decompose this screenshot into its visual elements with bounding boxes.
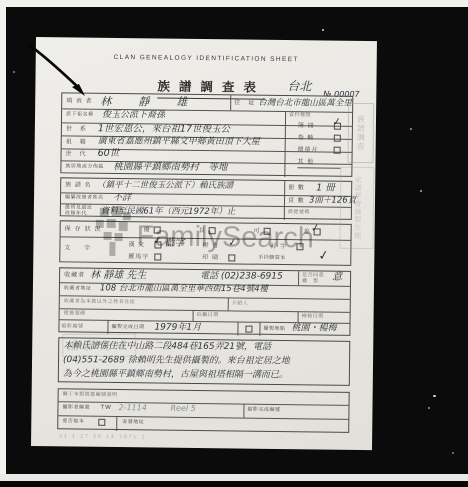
material-option: 微捲片 <box>298 147 319 153</box>
grid-line <box>193 310 194 321</box>
filming-place-value: 桃園・楊梅 <box>291 324 336 333</box>
grid-line <box>284 111 286 177</box>
dust-speck <box>452 452 454 454</box>
generation-line-value: 1世宏恩公，來台祖17世俊玉公 <box>98 124 230 134</box>
field-label: 世 系 <box>66 126 87 132</box>
checkmark: ✓ <box>153 236 163 247</box>
grid-line <box>259 322 260 336</box>
archive-stamp-bottom: 家譜學會攝製存檔 <box>339 167 374 249</box>
reel-number-pencil: Reel 5 <box>170 405 195 413</box>
checkbox-microfilm <box>334 147 341 154</box>
field-label: 族居地或分佈區 <box>65 164 104 169</box>
script-option: 拼 音 <box>202 243 219 249</box>
field-label: 攝 製 <box>302 279 319 284</box>
field-label: 縮影完成編號 <box>247 408 280 413</box>
dust-speck <box>322 29 324 31</box>
remarks-line: (04)551-2689 徐賴明先生提供攝製的。來台祖定居之地 <box>63 356 290 366</box>
field-label: 住 址 <box>234 100 255 106</box>
holder-table: 收藏者 林 靜雄 先生 電話 (02)238-6915 是否同意 攝 製 意 收… <box>58 267 351 336</box>
dust-speck <box>428 407 430 409</box>
checkbox-roman <box>154 253 161 260</box>
material-option-other: 其 他 <box>297 159 340 169</box>
material-type-label: 資料種類 <box>289 113 311 118</box>
script-option: 打 字 <box>270 244 287 250</box>
script-note-handwriting: 藍字 <box>164 239 184 249</box>
grid-line <box>107 320 108 334</box>
checkbox-copy <box>98 419 105 426</box>
field-label: 縮影編號 <box>61 324 83 329</box>
compiler-value: 不詳 <box>113 194 131 203</box>
filming-date-value: 1979年1月 <box>154 324 201 333</box>
ancestor-line-value: 俊玉公派下裔孫 <box>102 111 165 120</box>
footer-table: 關于本類微捲編號說明 攝影者編號 TW 2-1114 Reel 5 縮影完成編號… <box>57 388 349 433</box>
field-label: 頁 數 <box>288 198 305 204</box>
condition-option: 可 <box>254 229 261 235</box>
grid-line <box>237 321 238 335</box>
archive-stamp-top: 族譜調查 <box>347 103 374 163</box>
identity-table: 填 表 者 林 靜 雄 住 址 台灣台北市龍山區萬全里 派下祖名稱 俊玉公派下裔… <box>60 92 353 177</box>
condition-option: 差 <box>304 229 311 235</box>
grid-line <box>61 192 351 197</box>
dust-speck <box>420 190 422 192</box>
photographer-number-pencil: 2-1114 <box>118 404 146 412</box>
condition-table: 保存狀況 優 良 可 差 ✓ 文 字 漢 文 ✓ 藍字 拼 音 ✓ 打 字 羅馬… <box>59 220 351 266</box>
grid-line <box>228 297 229 310</box>
field-label: 族 譜 名 <box>65 182 91 188</box>
checkbox-scroll <box>334 135 341 142</box>
checkbox-fair <box>264 228 271 235</box>
checkmark: ✓ <box>310 222 321 234</box>
microfilm-stamp: 縮影完成 <box>62 334 136 357</box>
field-label: 收藏者為本族以外之姓名住址 <box>64 299 136 305</box>
film-frame-edge <box>0 481 468 487</box>
pencil-notation: 21 1 27 56 14 7071 1 <box>59 433 146 440</box>
field-label: 收藏者地址 <box>64 286 92 291</box>
script-option: 手抄謄寫本 <box>258 256 286 261</box>
field-label: 拍攝日期 <box>197 313 219 318</box>
arrow-annotation <box>22 40 102 110</box>
field-label: 祖 籍 <box>66 139 87 145</box>
script-option: 印 刷 <box>202 255 219 261</box>
grid-line <box>284 181 285 220</box>
consent-value: 意 <box>332 273 342 283</box>
checkbox-typed <box>296 243 303 250</box>
footer-note: 關于本類微捲編號說明 <box>63 392 118 398</box>
holder-address-value: 108 台北市龍山區萬全里華西街15巷4號4樓 <box>100 284 268 293</box>
field-label: 攝製完成日期 <box>111 325 144 330</box>
grid-line <box>243 404 244 418</box>
field-label: 文 字 <box>64 245 96 251</box>
condition-option: 良 <box>199 228 206 234</box>
tw-prefix: TW <box>100 405 111 411</box>
material-option: 簿 冊 <box>298 123 315 129</box>
field-label: 寄發地址 <box>122 420 144 425</box>
field-label: 冊 數 <box>288 185 305 191</box>
field-label: 要否複本 <box>62 419 84 424</box>
checkmark: ✓ <box>228 238 238 249</box>
dust-speck <box>13 71 15 73</box>
settlement-value: 桃園縣平鎮鄉南勢村 等地 <box>113 162 227 172</box>
checkbox-good <box>209 227 216 234</box>
material-option: 卷 軸 <box>298 135 315 141</box>
holder-name-value: 林 靜雄 先生 <box>90 271 146 281</box>
grid-line <box>116 416 117 431</box>
field-label: 改修年代 <box>65 211 87 216</box>
holder-phone-value: 電話 (02)238-6915 <box>200 272 283 281</box>
grid-line <box>298 311 299 322</box>
checkbox-printed <box>228 254 235 261</box>
field-label: 微捲號碼 <box>288 210 310 215</box>
field-label: 介紹人 <box>232 301 249 306</box>
field-label: 保存狀況 <box>65 226 105 232</box>
field-label: 世 代 <box>66 151 87 157</box>
checkbox-excellent <box>154 226 161 233</box>
remarks-line: 為今之桃園縣平鎮鄉南勢村，古屋與祖塔相隔一溝而已。 <box>63 370 288 380</box>
generation-count-value: 60世 <box>98 149 120 159</box>
field-label: 微捲號碼 <box>64 311 86 316</box>
grid-line <box>61 236 351 241</box>
grid-line <box>298 271 299 285</box>
film-frame-stripe <box>0 474 468 481</box>
checkmark: ✓ <box>317 249 330 264</box>
field-label: 編纂改修者姓名 <box>65 195 104 200</box>
genealogy-title-value: （鎮平十二世俊玉公派下）賴氏族譜 <box>97 181 233 190</box>
reporter-name: 林 靜 雄 <box>100 96 195 107</box>
microfilm-scan: { "glyphs": {"check": "✓"}, "scan": { "h… <box>0 0 468 487</box>
checkmark: ✓ <box>332 117 342 128</box>
dust-speck <box>410 128 412 130</box>
field-label: 檢核日期 <box>302 314 324 319</box>
region-handwriting: 台北 <box>287 80 311 92</box>
volume-count-value: 1 冊 <box>316 183 335 193</box>
dust-speck <box>433 395 436 397</box>
checkbox-filming <box>245 326 252 333</box>
volume-table: 族 譜 名 （鎮平十二世俊玉公派下）賴氏族譜 冊 數 1 冊 編纂改修者姓名 不… <box>60 177 352 220</box>
field-label: 攝製地點 <box>263 327 285 332</box>
field-label: 收藏者 <box>64 272 85 278</box>
address-value: 台灣台北市龍山區萬全里 <box>258 99 352 108</box>
revision-year-value: 資料至民國61年（西元1972年）止 <box>101 207 235 216</box>
field-label: 攝影者編號 <box>62 405 90 410</box>
condition-option: 優 <box>144 227 151 233</box>
origin-place-value: 廣東省嘉應州鎮平縣文甲鄉黃田頂下大屋 <box>98 137 260 147</box>
grid-line <box>230 95 231 110</box>
script-option: 漢 文 <box>128 242 145 248</box>
field-label: 派下祖名稱 <box>66 112 94 117</box>
script-option: 羅馬字 <box>128 254 149 260</box>
